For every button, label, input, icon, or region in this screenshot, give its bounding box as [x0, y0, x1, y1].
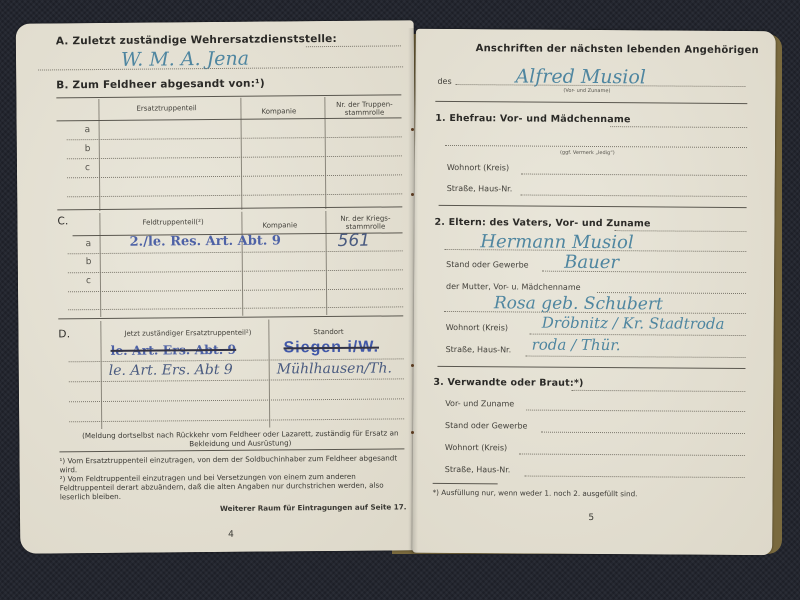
section-b-label: B. Zum Feldheer abgesandt von:¹) — [56, 78, 265, 92]
strasse-label: Straße, Haus-Nr. — [447, 184, 513, 193]
section-1-end-rule — [439, 205, 747, 208]
section-1-label: 1. Ehefrau: Vor- und Mädchenname — [435, 113, 631, 125]
row-label: a — [86, 239, 92, 249]
section-3-wohnort-field[interactable] — [519, 453, 745, 456]
relatives-title: Anschriften der nächsten lebenden Angehö… — [476, 43, 759, 56]
section-d-old-unit-stamp[interactable]: le. Art. Ers. Abt. 9 — [110, 342, 236, 358]
section-1-name-field[interactable] — [610, 126, 747, 128]
row-label: c — [85, 163, 90, 173]
table-row[interactable] — [68, 288, 403, 292]
strasse-field[interactable] — [526, 356, 746, 359]
strasse-label: Straße, Haus-Nr. — [446, 345, 512, 354]
strasse-label: Straße, Haus-Nr. — [445, 465, 511, 474]
section-c-number[interactable]: 561 — [338, 231, 371, 251]
section-2-end-rule — [437, 366, 745, 369]
stitch — [411, 364, 414, 367]
table-row[interactable] — [67, 193, 402, 197]
line — [614, 230, 746, 232]
wohnort-label: Wohnort (Kreis) — [445, 443, 507, 452]
section-1-caption: (ggf. Vermerk „ledig“) — [560, 150, 615, 156]
stand-label: Stand oder Gewerbe — [445, 421, 527, 431]
section-3-name-field[interactable] — [526, 410, 745, 413]
table-row[interactable] — [69, 398, 404, 402]
section-1-wohnort-field[interactable] — [521, 173, 747, 176]
section-d-old-location-stamp[interactable]: Siegen i/W. — [283, 339, 379, 358]
row-label: a — [85, 125, 91, 135]
section-d-label: D. — [58, 328, 70, 340]
des-value[interactable]: Alfred Musiol — [515, 65, 646, 88]
col-header-number: Nr. der Truppen-stammrolle — [330, 100, 398, 117]
col-divider — [241, 212, 243, 316]
section-3-label: 3. Verwandte oder Braut:*) — [433, 377, 583, 389]
spine-fold — [408, 28, 418, 554]
des-caption: (Vor- und Zuname) — [563, 88, 610, 94]
stand-label: Stand oder Gewerbe — [446, 260, 528, 270]
stitch — [411, 128, 414, 131]
col-divider — [325, 211, 327, 315]
section-c-label: C. — [57, 215, 68, 227]
section-1-strasse-field[interactable] — [521, 194, 747, 197]
col-header-unit: Jetzt zuständiger Ersatztruppenteil²) — [124, 329, 251, 338]
col-divider — [98, 99, 100, 211]
col-header-company: Kompanie — [262, 221, 297, 229]
footnote: *) Ausfüllung nur, wenn weder 1. noch 2.… — [433, 488, 638, 498]
wohnort-label: Wohnort (Kreis) — [446, 323, 508, 332]
page-left: A. Zuletzt zuständige Wehrersatzdienstst… — [16, 20, 419, 553]
section-c-unit-stamp[interactable]: 2./le. Res. Art. Abt. 9 — [130, 233, 281, 249]
section-d-note: (Meldung dortselbst nach Rückkehr vom Fe… — [75, 428, 405, 449]
section-c-end-rule — [58, 315, 403, 319]
row-label: c — [86, 276, 91, 286]
section-a-line — [306, 45, 401, 47]
table-row[interactable] — [69, 418, 404, 422]
stitch — [411, 431, 414, 434]
header-rule — [57, 117, 402, 121]
des-label: des — [437, 77, 451, 86]
col-divider — [99, 213, 101, 317]
section-b-end-rule — [57, 206, 402, 210]
col-header-company: Kompanie — [261, 107, 296, 115]
section-2-label: 2. Eltern: des Vaters, Vor- und Zuname — [434, 217, 650, 230]
stitch — [411, 193, 414, 196]
name-label: Vor- und Zuname — [445, 399, 514, 408]
page-right: Anschriften der nächsten lebenden Angehö… — [412, 29, 776, 556]
table-row[interactable] — [68, 269, 403, 273]
section-d-unit[interactable]: le. Art. Ers. Abt 9 — [109, 362, 233, 379]
col-divider — [100, 321, 102, 429]
col-divider — [268, 320, 270, 428]
table-row[interactable] — [68, 250, 403, 254]
section-d-location[interactable]: Mühlhausen/Th. — [277, 360, 392, 377]
page-number-right: 5 — [588, 513, 594, 523]
parents-residence[interactable]: Dröbnitz / Kr. Stadtroda — [542, 314, 725, 333]
more-space-note: Weiterer Raum für Eintragungen auf Seite… — [220, 502, 407, 513]
footnote-rule — [433, 483, 498, 484]
col-header-unit: Feldtruppenteil(²) — [142, 218, 203, 227]
section-a-label: A. Zuletzt zuständige Wehrersatzdienstst… — [56, 33, 337, 47]
section-3-stand-field[interactable] — [541, 432, 745, 434]
section-1-name-field-2[interactable] — [445, 145, 747, 148]
col-header-location: Standort — [313, 328, 343, 336]
page-number-left: 4 — [228, 530, 234, 540]
footnote-2: ²) Vom Feldtruppenteil einzutragen und b… — [60, 471, 405, 501]
col-divider — [240, 98, 242, 210]
section-b-rule — [56, 94, 401, 98]
row-label: b — [85, 144, 91, 154]
section-3-field[interactable] — [571, 390, 745, 392]
parents-street[interactable]: roda / Thür. — [532, 336, 621, 355]
wohnort-label: Wohnort (Kreis) — [447, 163, 509, 172]
table-row[interactable] — [67, 136, 402, 140]
col-header-number: Nr. der Kriegs-stammrolle — [331, 214, 399, 231]
col-divider — [324, 97, 326, 209]
table-row[interactable] — [67, 155, 402, 159]
section-3-strasse-field[interactable] — [525, 476, 745, 479]
row-label: b — [86, 257, 92, 267]
footnote-rule — [59, 448, 404, 452]
header-rule — [435, 101, 747, 104]
col-header-unit: Ersatztruppenteil — [136, 104, 196, 113]
table-row[interactable] — [68, 306, 403, 310]
table-row[interactable] — [69, 378, 404, 382]
table-row[interactable] — [67, 174, 402, 178]
mother-label: der Mutter, Vor- u. Mädchenname — [446, 282, 581, 292]
